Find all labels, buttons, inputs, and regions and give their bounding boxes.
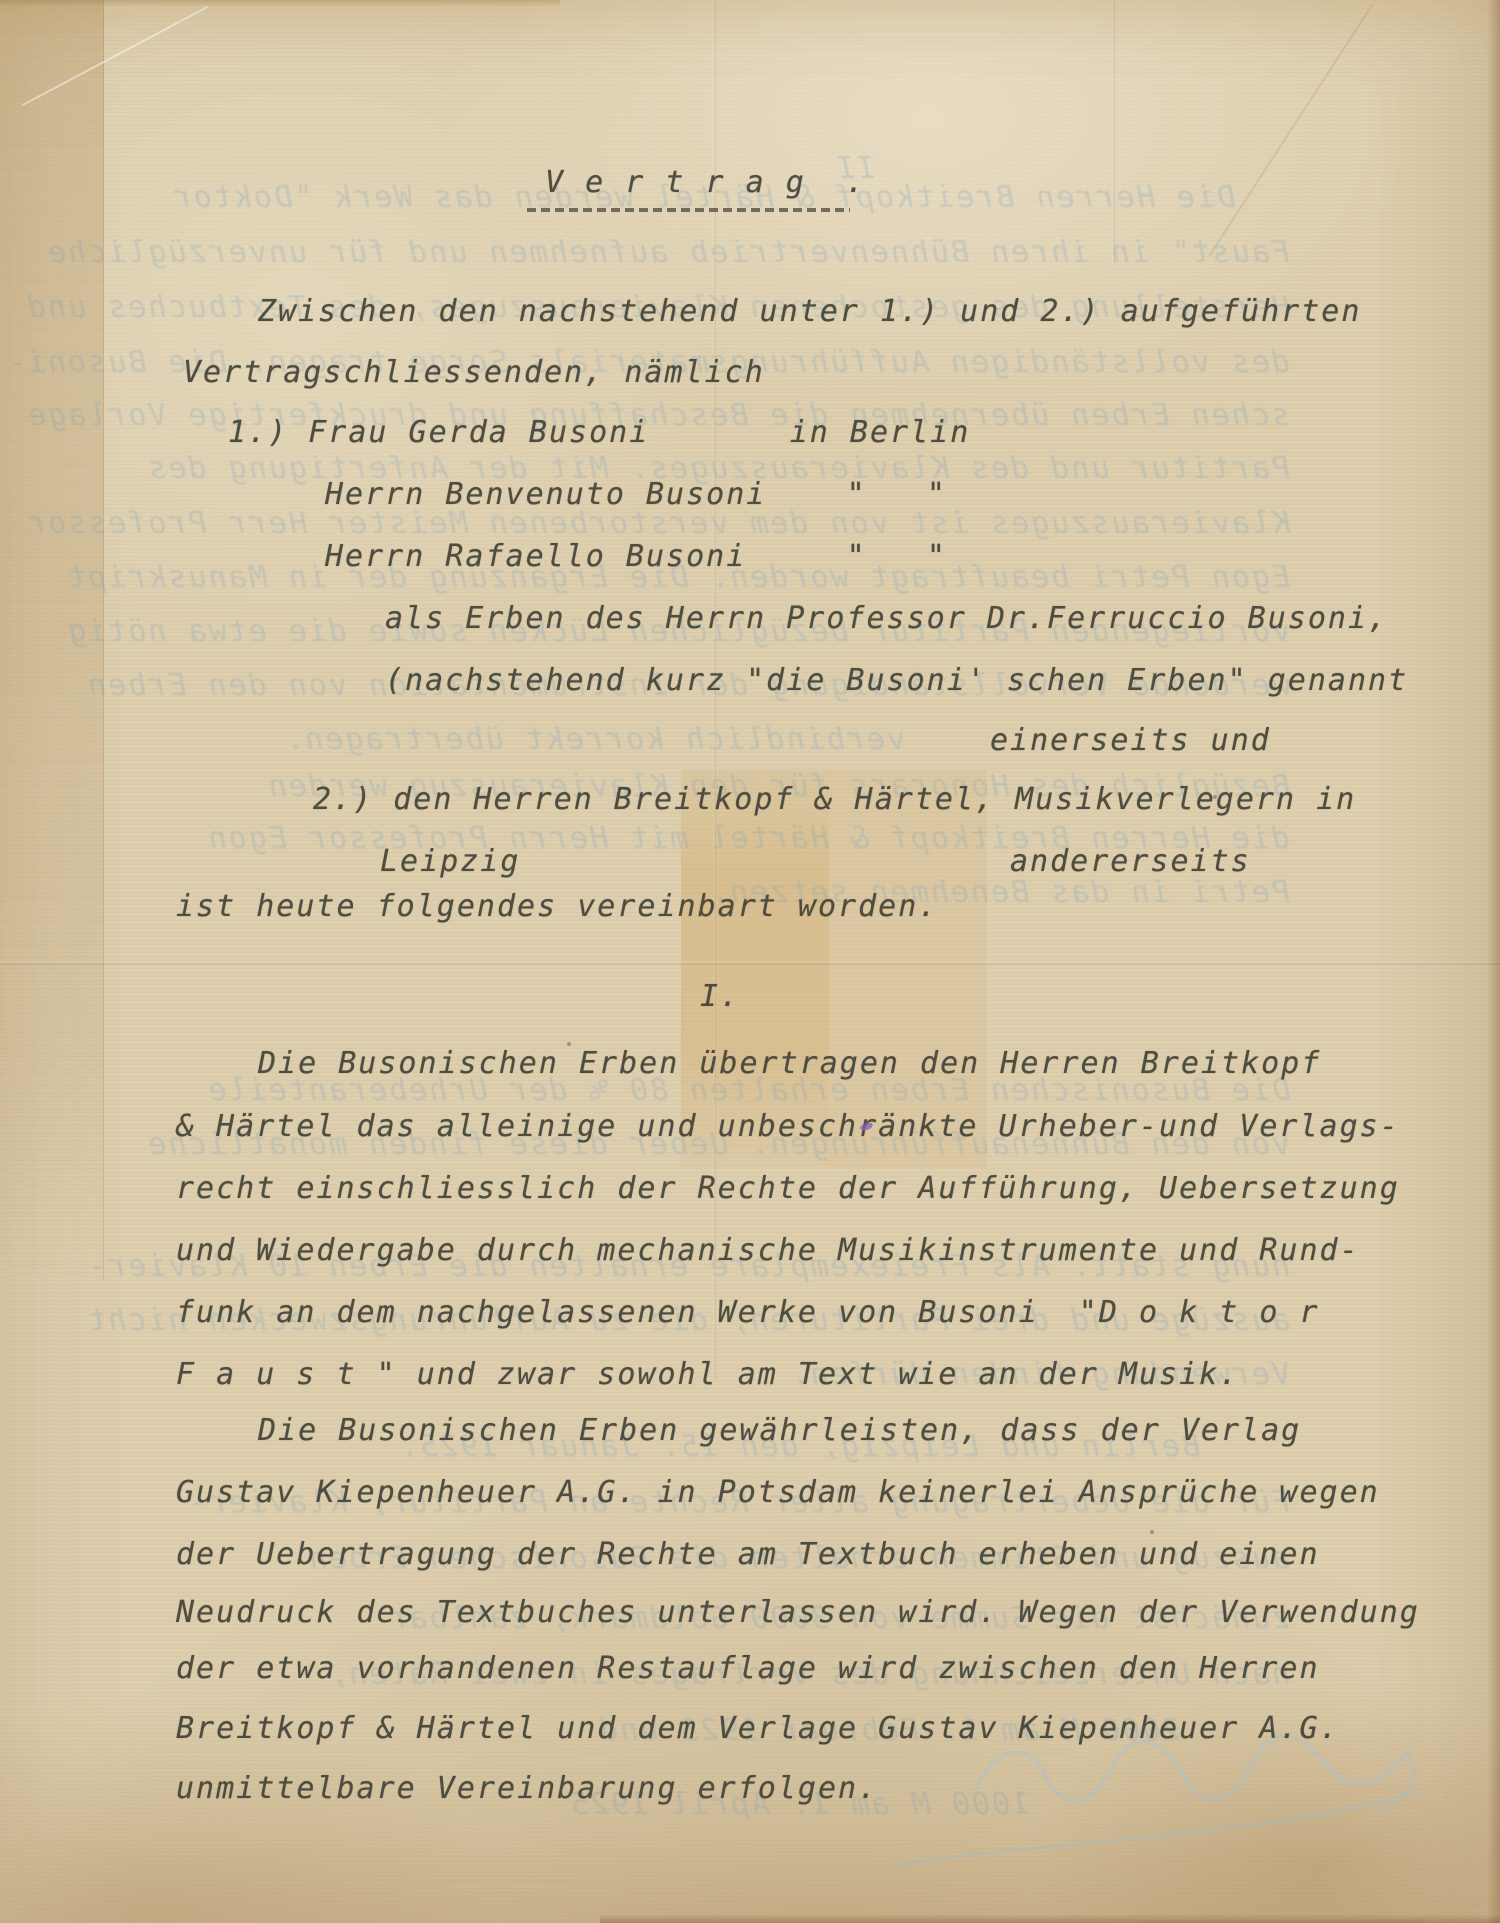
photo-vignette	[0, 0, 1500, 1923]
document-page: IIDie Herren Breitkopf & Härtel werden d…	[0, 0, 1500, 1923]
